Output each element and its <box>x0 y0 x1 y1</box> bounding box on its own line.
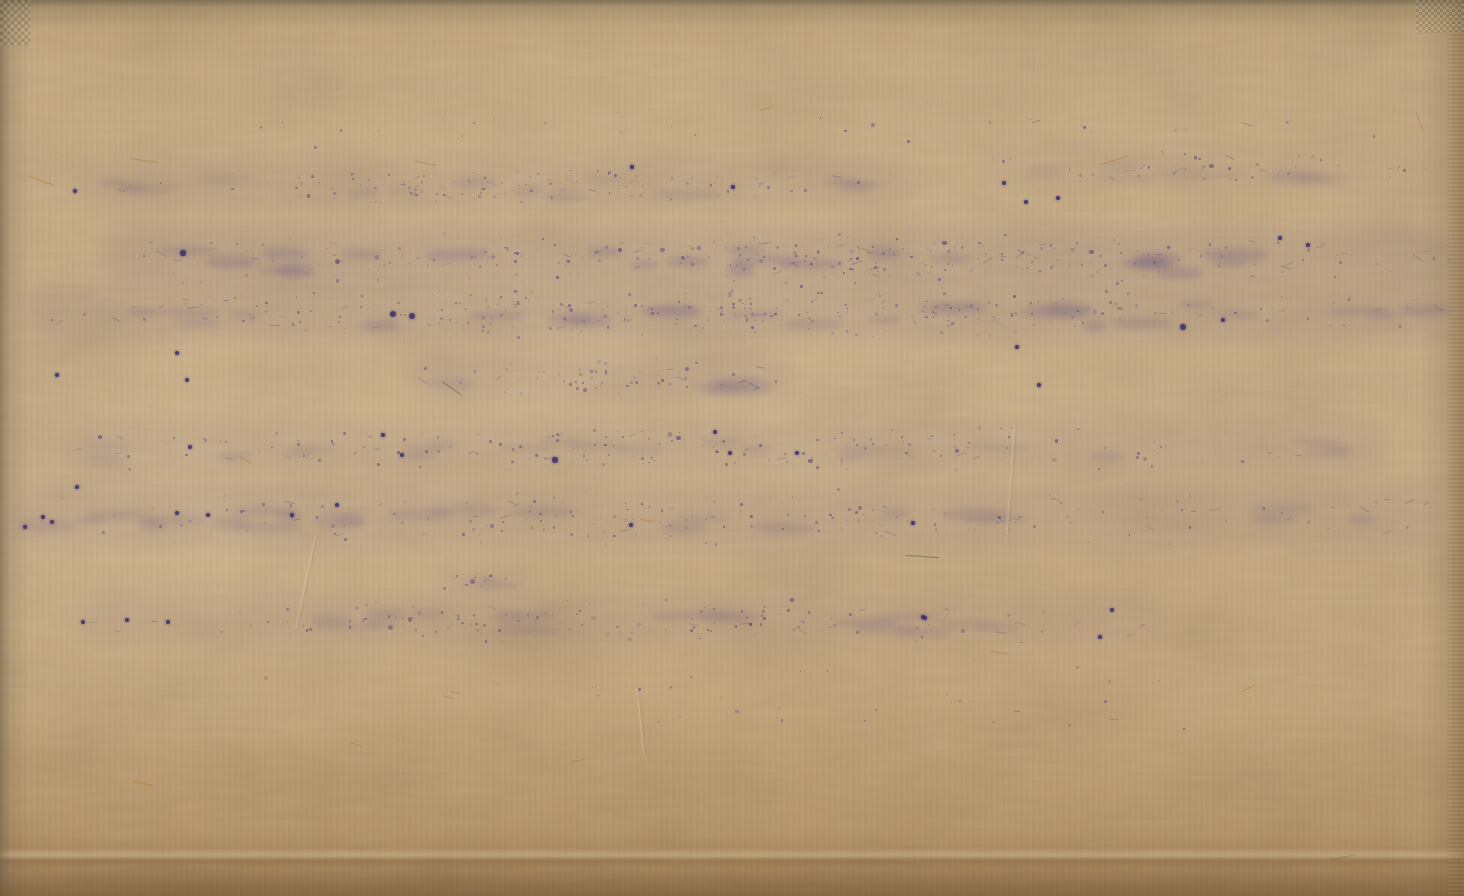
ink-stroke-fragment <box>557 309 561 310</box>
ink-dot <box>1226 520 1228 522</box>
ink-dot <box>1281 296 1282 297</box>
ink-speck <box>73 189 77 193</box>
ink-dot <box>636 257 639 260</box>
ink-dot <box>484 177 485 178</box>
ink-dot <box>457 615 460 618</box>
ink-dot <box>1148 166 1150 168</box>
ink-dot <box>1376 263 1377 264</box>
ink-speck <box>75 485 79 489</box>
ink-dot <box>787 514 789 516</box>
ink-dot <box>388 625 393 630</box>
ink-dot <box>319 625 320 626</box>
ink-dot <box>531 186 533 188</box>
ink-dot <box>562 501 563 502</box>
ink-dot <box>220 441 221 442</box>
ink-dot <box>625 503 626 504</box>
ink-dot <box>769 257 771 259</box>
ink-dot <box>907 253 908 254</box>
ink-dot <box>864 720 866 722</box>
ink-dot <box>520 201 523 204</box>
ink-dot <box>977 324 978 325</box>
ink-dot <box>676 436 681 441</box>
ink-dot <box>795 244 797 246</box>
ink-dot <box>436 310 437 311</box>
ink-dot <box>697 246 701 250</box>
ink-dot <box>1234 312 1236 314</box>
ink-dot <box>756 318 757 319</box>
ink-dot <box>846 330 849 333</box>
ink-dot <box>335 259 340 264</box>
ink-dot <box>728 269 729 270</box>
ink-dot <box>1252 275 1255 278</box>
ink-dot <box>419 466 421 468</box>
ink-dot <box>520 392 523 395</box>
ink-dot <box>569 383 572 386</box>
ink-dot <box>755 436 756 437</box>
ink-dot <box>1406 526 1409 529</box>
ink-dot <box>1334 276 1336 278</box>
ink-dot <box>483 624 486 627</box>
ink-dot <box>702 445 703 446</box>
ink-dot <box>1171 311 1174 314</box>
ink-dot <box>283 127 284 128</box>
ink-dot <box>1031 261 1033 263</box>
ink-dot <box>666 526 667 527</box>
ink-dot <box>693 708 694 709</box>
ink-dot <box>676 316 677 317</box>
ink-dot <box>466 502 468 504</box>
ink-dot <box>750 525 753 528</box>
paper-fiber <box>990 650 1008 654</box>
ink-dot <box>950 307 952 309</box>
ink-dot <box>597 694 600 697</box>
ink-dot <box>735 448 736 449</box>
scan-corner-artifact-top-right <box>1416 0 1464 34</box>
ink-dot <box>531 291 533 293</box>
ink-dot <box>1066 515 1069 518</box>
paper-fiber <box>1415 112 1422 129</box>
ink-dot <box>685 367 689 371</box>
ink-dot <box>256 305 258 307</box>
ink-dot <box>638 623 641 626</box>
ink-dot <box>661 509 664 512</box>
ink-dot <box>1287 172 1290 175</box>
ink-dot <box>1433 257 1435 259</box>
ink-dot <box>727 190 730 193</box>
ink-speck <box>180 250 185 255</box>
ink-dot <box>720 313 723 316</box>
ink-dot <box>598 320 600 322</box>
ink-dot <box>989 265 990 266</box>
ink-dot <box>732 306 735 309</box>
ink-dot <box>879 295 881 297</box>
ink-dot <box>642 604 643 605</box>
ink-dot <box>1069 168 1070 169</box>
ink-dot <box>690 676 692 678</box>
ink-dot <box>1033 525 1036 528</box>
ink-dot <box>1276 168 1277 169</box>
scanned-postcard-back <box>0 0 1464 896</box>
ink-dot <box>691 263 694 266</box>
ink-dot <box>487 306 488 307</box>
ink-word-smudge <box>1215 311 1260 317</box>
ink-dot <box>585 451 586 452</box>
ink-dot <box>637 626 639 628</box>
ink-dot <box>540 520 542 522</box>
ink-dot <box>800 671 801 672</box>
ink-dot <box>480 192 482 194</box>
ink-dot <box>668 432 673 437</box>
ink-dot <box>1256 163 1259 166</box>
ink-word-smudge <box>211 516 252 529</box>
ink-dot <box>550 196 553 199</box>
ink-dot <box>1241 460 1244 463</box>
ink-word-smudge <box>1091 172 1157 184</box>
ink-speck <box>1221 318 1225 322</box>
ink-dot <box>710 630 712 632</box>
ink-dot <box>368 179 370 181</box>
ink-dot <box>651 457 653 459</box>
ink-dot <box>572 515 574 517</box>
ink-dot <box>333 198 335 200</box>
ink-dot <box>837 312 839 314</box>
ink-dot <box>349 626 352 629</box>
ink-dot <box>473 614 475 616</box>
ink-dot <box>143 318 146 321</box>
ink-dot <box>763 250 764 251</box>
ink-dot <box>565 265 567 267</box>
ink-dot <box>1096 271 1098 273</box>
ink-dot <box>909 265 910 266</box>
ink-dot <box>726 234 727 235</box>
ink-dot <box>1093 310 1097 314</box>
ink-stroke-fragment <box>270 324 280 325</box>
ink-dot <box>1029 254 1031 256</box>
ink-dot <box>1339 261 1342 264</box>
ink-stroke-fragment <box>1182 128 1187 131</box>
ink-dot <box>1091 132 1092 133</box>
ink-dot <box>1281 512 1283 514</box>
ink-dot <box>916 627 918 629</box>
ink-dot <box>1271 307 1273 309</box>
ink-dot <box>545 465 546 466</box>
ink-dot <box>754 634 756 636</box>
ink-dot <box>530 190 532 192</box>
ink-dot <box>623 251 624 252</box>
ink-dot <box>435 631 437 633</box>
ink-dot <box>336 279 339 282</box>
ink-dot <box>940 455 942 457</box>
ink-dot <box>303 455 305 457</box>
ink-dot <box>1068 724 1071 727</box>
ink-dot <box>1263 507 1266 510</box>
ink-dot <box>805 255 807 257</box>
ink-dot <box>517 497 518 498</box>
ink-speck <box>55 373 59 377</box>
ink-dot <box>933 450 935 452</box>
ink-dot <box>1017 314 1018 315</box>
ink-dot <box>931 266 933 268</box>
ink-stroke-fragment <box>1384 499 1390 500</box>
ink-dot <box>229 196 230 197</box>
ink-speck <box>335 503 339 507</box>
ink-word-smudge <box>1326 447 1352 453</box>
ink-dot <box>842 528 844 530</box>
ink-dot <box>489 440 492 443</box>
ink-dot <box>627 525 628 526</box>
ink-word-smudge <box>971 442 1029 451</box>
ink-dot <box>618 248 622 252</box>
ink-dot <box>658 721 659 722</box>
ink-dot <box>467 322 469 324</box>
ink-dot <box>686 255 689 258</box>
ink-stroke-fragment <box>978 609 982 610</box>
ink-dot <box>642 186 643 187</box>
ink-dot <box>98 435 102 439</box>
ink-dot <box>342 445 343 446</box>
ink-word-smudge <box>127 309 164 316</box>
ink-dot <box>338 321 340 323</box>
ink-speck <box>175 351 179 355</box>
ink-dot <box>682 257 685 260</box>
ink-dot <box>944 269 946 271</box>
ink-dot <box>515 273 518 276</box>
ink-word-smudge <box>637 307 705 314</box>
ink-dot <box>657 313 659 315</box>
ink-dot <box>612 536 613 537</box>
ink-dot <box>543 371 545 373</box>
ink-dot <box>1154 442 1155 443</box>
ink-dot <box>938 278 941 281</box>
ink-dot <box>264 522 266 524</box>
ink-dot <box>634 304 637 307</box>
ink-word-smudge <box>258 266 302 273</box>
ink-stroke-fragment <box>450 692 459 694</box>
ink-dot <box>671 177 674 180</box>
ink-dot <box>759 444 762 447</box>
paper-fiber <box>29 176 54 186</box>
ink-dot <box>727 713 729 715</box>
ink-dot <box>838 279 839 280</box>
ink-dot <box>787 605 788 606</box>
ink-dot <box>1090 262 1091 263</box>
ink-word-smudge <box>431 505 500 516</box>
ink-dot <box>740 503 743 506</box>
ink-dot <box>1003 326 1004 327</box>
ink-dot <box>1207 253 1209 255</box>
ink-dot <box>479 266 481 268</box>
ink-speck <box>629 523 633 527</box>
ink-dot <box>122 185 123 186</box>
paper-fiber <box>571 759 585 763</box>
ink-dot <box>1101 312 1104 315</box>
ink-dot <box>517 313 519 315</box>
ink-dot <box>480 543 481 544</box>
ink-dot <box>947 263 949 265</box>
ink-dot <box>1128 262 1129 263</box>
ink-stroke-fragment <box>444 696 456 700</box>
ink-dot <box>671 126 672 127</box>
ink-dot <box>461 135 463 137</box>
ink-dot <box>1194 157 1197 160</box>
ink-dot <box>636 250 638 252</box>
ink-dot <box>555 515 557 517</box>
ink-dot <box>525 184 526 185</box>
ink-dot <box>705 542 707 544</box>
ink-dot <box>875 532 877 534</box>
ink-dot <box>1140 167 1143 170</box>
ink-dot <box>1076 666 1079 669</box>
ink-dot <box>755 320 756 321</box>
ink-dot <box>854 282 856 284</box>
ink-dot <box>1348 504 1349 505</box>
ink-dot <box>569 308 573 312</box>
ink-word-smudge <box>82 442 131 450</box>
ink-dot <box>231 188 233 190</box>
ink-dot <box>923 305 926 308</box>
ink-word-smudge <box>311 614 351 625</box>
ink-smudge-band <box>85 594 1165 646</box>
ink-dot <box>501 182 503 184</box>
ink-dot <box>699 638 700 639</box>
ink-dot <box>283 607 284 608</box>
ink-dot <box>793 629 795 631</box>
ink-dot <box>1126 170 1128 172</box>
ink-dot <box>735 314 736 315</box>
ink-word-smudge <box>833 617 897 630</box>
ink-dot <box>404 314 406 316</box>
ink-dot <box>736 318 737 319</box>
ink-dot <box>935 529 937 531</box>
ink-dot <box>804 260 806 262</box>
ink-dot <box>418 611 422 615</box>
ink-dot <box>743 453 746 456</box>
ink-word-smudge <box>262 248 308 260</box>
ink-dot <box>473 122 475 124</box>
ink-word-smudge <box>1328 308 1393 315</box>
ink-stroke-fragment <box>1121 521 1124 523</box>
ink-dot <box>671 256 672 257</box>
ink-dot <box>1041 630 1044 633</box>
ink-dot <box>581 624 583 626</box>
ink-dot <box>750 241 751 242</box>
ink-dot <box>1016 266 1018 268</box>
ink-dot <box>604 444 606 446</box>
ink-dot <box>297 311 300 314</box>
ink-dot <box>517 620 519 622</box>
ink-dot <box>1184 153 1186 155</box>
ink-dot <box>220 631 222 633</box>
ink-dot <box>686 386 688 388</box>
ink-dot <box>849 613 852 616</box>
ink-dot <box>400 314 402 316</box>
ink-dot <box>1010 158 1012 160</box>
bottom-fold-crease <box>0 848 1464 868</box>
ink-word-smudge <box>1026 166 1065 177</box>
ink-dot <box>1178 259 1180 261</box>
ink-dot <box>1018 250 1020 252</box>
ink-word-smudge <box>161 309 220 316</box>
ink-dot <box>264 676 268 680</box>
crease-line <box>636 688 646 758</box>
ink-dot <box>514 252 516 254</box>
ink-dot <box>617 112 618 113</box>
ink-dot <box>691 247 694 250</box>
ink-word-smudge <box>366 609 410 615</box>
ink-dot <box>651 634 652 635</box>
ink-dot <box>375 255 380 260</box>
ink-dot <box>1159 680 1160 681</box>
ink-dot <box>944 617 946 619</box>
ink-dot <box>1129 267 1130 268</box>
ink-dot <box>174 541 175 542</box>
ink-dot <box>582 382 584 384</box>
ink-dot <box>989 121 991 123</box>
ink-dot <box>360 184 361 185</box>
ink-dot <box>597 170 599 172</box>
ink-dot <box>217 498 219 500</box>
ink-dot <box>1157 265 1159 267</box>
ink-dot <box>622 436 625 439</box>
ink-dot <box>771 438 772 439</box>
ink-dot <box>497 683 498 684</box>
ink-dot <box>375 602 377 604</box>
ink-word-smudge <box>835 444 884 456</box>
ink-dot <box>1349 266 1350 267</box>
ink-dot <box>1009 620 1011 622</box>
ink-dot <box>670 686 673 689</box>
ink-dot <box>605 246 608 249</box>
ink-dot <box>872 246 874 248</box>
ink-dot <box>773 267 776 270</box>
ink-dot <box>1157 270 1160 273</box>
ink-dot <box>713 446 715 448</box>
paper-fiber <box>760 106 774 111</box>
ink-speck <box>713 430 717 434</box>
ink-dot <box>1151 465 1154 468</box>
ink-dot <box>961 246 964 249</box>
ink-speck <box>1098 635 1102 639</box>
ink-dot <box>889 276 891 278</box>
ink-dot <box>102 531 105 534</box>
ink-dot <box>635 381 638 384</box>
ink-dot <box>891 429 893 431</box>
ink-dot <box>1050 244 1052 246</box>
ink-dot <box>484 251 487 254</box>
ink-dot <box>631 319 633 321</box>
ink-dot <box>1143 275 1145 277</box>
ink-dot <box>470 295 472 297</box>
ink-dot <box>506 368 508 370</box>
ink-dot <box>579 610 581 612</box>
ink-dot <box>459 302 461 304</box>
ink-dot <box>216 316 218 318</box>
ink-dot <box>355 198 357 200</box>
ink-dot <box>304 329 306 331</box>
ink-dot <box>416 189 418 191</box>
ink-speck <box>731 185 734 188</box>
ink-dot <box>475 623 477 625</box>
ink-dot <box>843 272 845 274</box>
ink-dot <box>189 520 191 522</box>
ink-dot <box>1008 436 1010 438</box>
ink-dot <box>598 259 601 262</box>
ink-dot <box>505 309 507 311</box>
ink-dot <box>633 265 634 266</box>
ink-dot <box>500 296 502 298</box>
ink-bleedthrough-layer <box>0 0 1464 896</box>
ink-dot <box>556 439 559 442</box>
